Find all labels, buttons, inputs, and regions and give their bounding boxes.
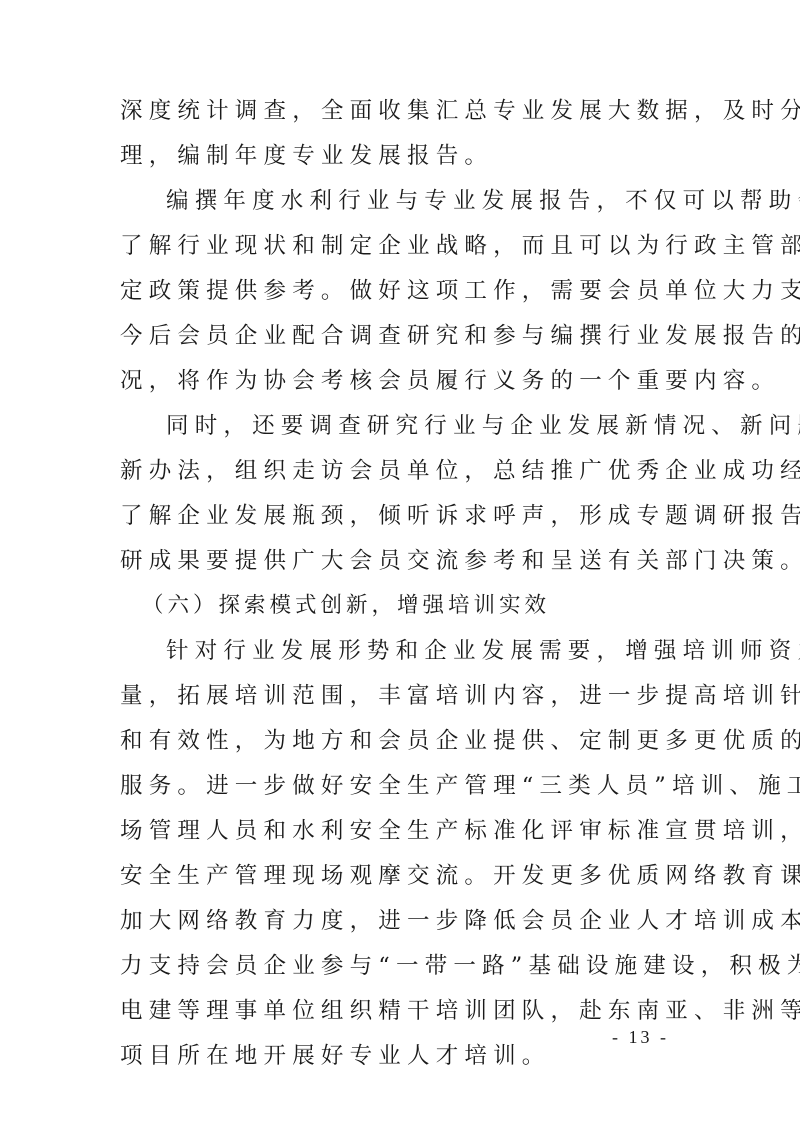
text-line: 项目所在地开展好专业人才培训。: [120, 1041, 551, 1071]
text-line: 了解企业发展瓶颈，倾听诉求呼声，形成专题调研报告。调: [120, 501, 800, 531]
text-line: 安全生产管理现场观摩交流。开发更多优质网络教育课程，: [120, 861, 800, 891]
text-line: 今后会员企业配合调查研究和参与编撰行业发展报告的情: [120, 321, 800, 351]
text-line: 电建等理事单位组织精干培训团队，赴东南亚、非洲等境外: [120, 996, 800, 1026]
text-line: 服务。进一步做好安全生产管理“三类人员”培训、施工现: [120, 771, 800, 801]
document-page: 深度统计调查，全面收集汇总专业发展大数据，及时分析整理，编制年度专业发展报告。编…: [0, 0, 800, 1131]
text-line: 研成果要提供广大会员交流参考和呈送有关部门决策。: [120, 546, 800, 576]
section-heading: （六）探索模式创新，增强培训实效: [142, 591, 550, 621]
text-line: 定政策提供参考。做好这项工作，需要会员单位大力支持。: [120, 276, 800, 306]
text-line: 同时，还要调查研究行业与企业发展新情况、新问题、: [166, 411, 800, 441]
text-line: 和有效性，为地方和会员企业提供、定制更多更优质的培训: [120, 726, 800, 756]
text-line: 新办法，组织走访会员单位，总结推广优秀企业成功经验，: [120, 456, 800, 486]
text-line: 量，拓展培训范围，丰富培训内容，进一步提高培训针对性: [120, 681, 800, 711]
text-line: 况，将作为协会考核会员履行义务的一个重要内容。: [120, 366, 780, 396]
page-number: - 13 -: [612, 1027, 669, 1048]
text-line: 深度统计调查，全面收集汇总专业发展大数据，及时分析整: [120, 96, 800, 126]
text-line: 加大网络教育力度，进一步降低会员企业人才培训成本。大: [120, 906, 800, 936]
text-line: 理，编制年度专业发展报告。: [120, 141, 493, 171]
text-line: 针对行业发展形势和企业发展需要，增强培训师资力: [166, 636, 800, 666]
text-line: 力支持会员企业参与“一带一路”基础设施建设，积极为中: [120, 951, 800, 981]
text-line: 了解行业现状和制定企业战略，而且可以为行政主管部门制: [120, 231, 800, 261]
text-line: 场管理人员和水利安全生产标准化评审标准宣贯培训，开展: [120, 816, 800, 846]
text-line: 编撰年度水利行业与专业发展报告，不仅可以帮助会员: [166, 186, 800, 216]
